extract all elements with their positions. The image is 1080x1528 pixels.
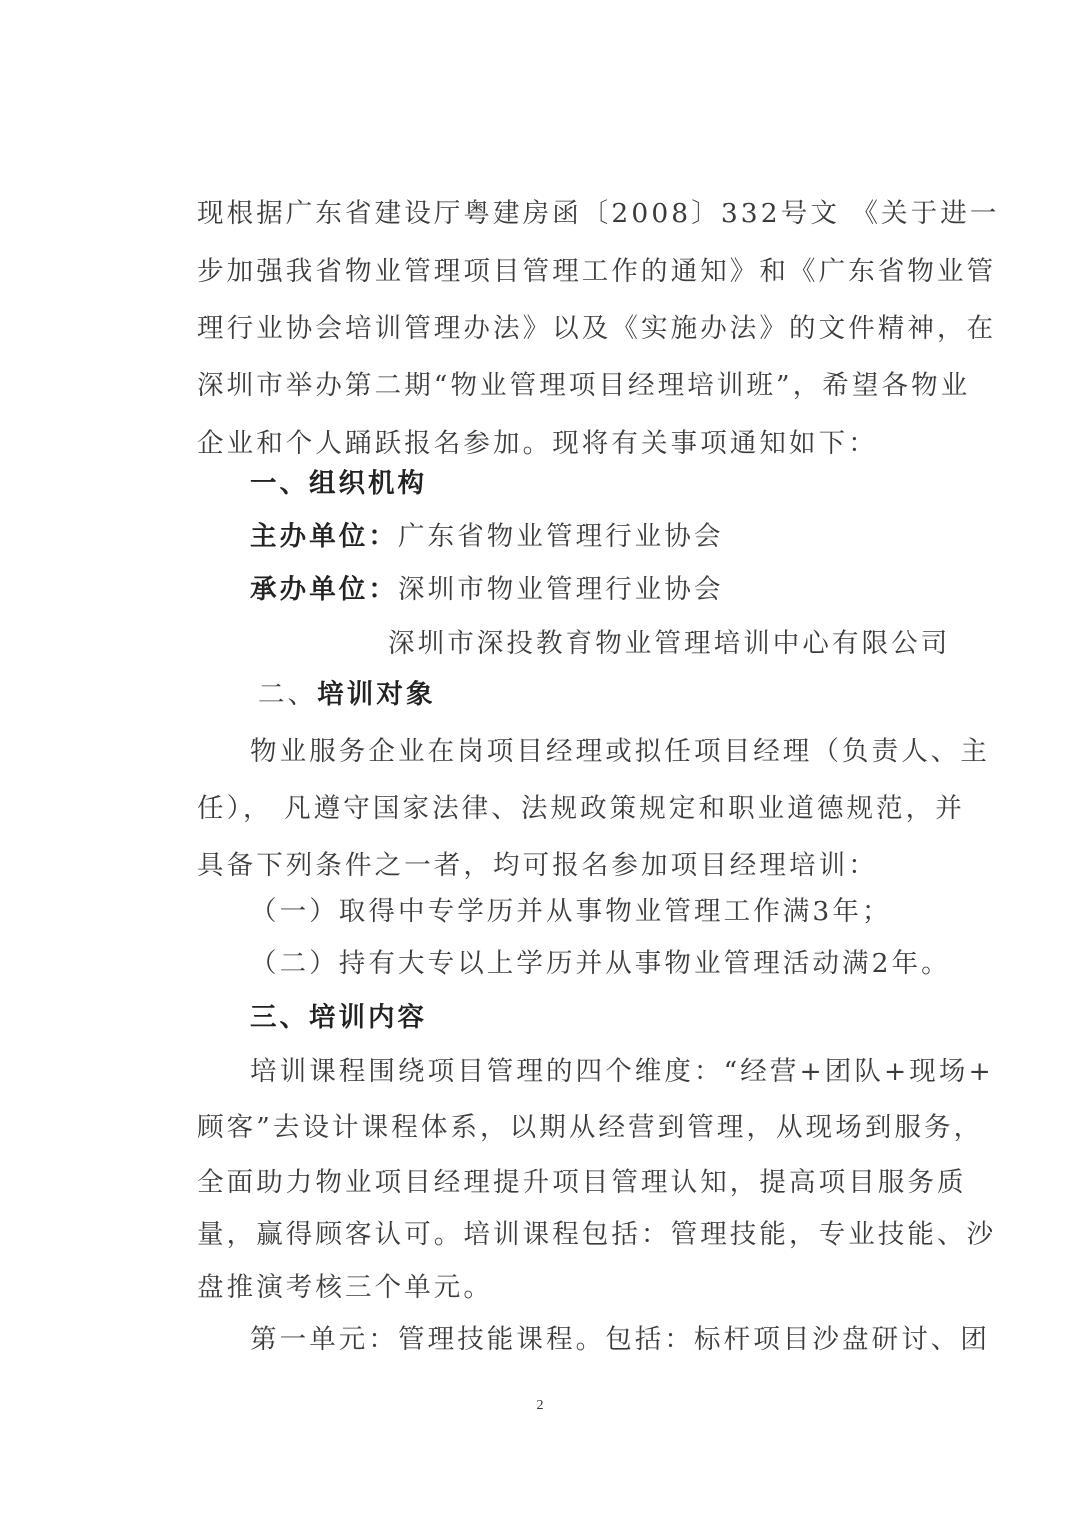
section-2-line-3: 具备下列条件之一者，均可报名参加项目经理培训： [197,848,927,884]
host-row: 主办单位：广东省物业管理行业协会 [250,519,980,555]
section-3-line-3: 全面助力物业项目经理提升项目管理认知，提高项目服务质 [197,1165,927,1201]
organizer-label: 承办单位： [250,574,398,605]
organizer-row: 承办单位：深圳市物业管理行业协会 [250,572,980,608]
section-2-prefix: 二、 [258,679,317,710]
page-number: 2 [0,1398,1080,1414]
section-3-line-1: 培训课程围绕项目管理的四个维度：“经营+团队+现场+ [250,1054,930,1090]
section-2-heading: 二、培训对象 [258,677,988,713]
intro-line-4: 深圳市举办第二期“物业管理项目经理培训班”，希望各物业 [197,368,927,404]
section-3-heading: 三、培训内容 [250,1000,980,1036]
intro-line-5: 企业和个人踊跃报名参加。现将有关事项通知如下： [197,426,927,462]
organizer-value-1: 深圳市物业管理行业协会 [398,574,724,605]
section-2-title: 培训对象 [317,679,435,710]
condition-1: （一）取得中专学历并从事物业管理工作满3年； [250,894,980,930]
host-label: 主办单位： [250,521,398,552]
intro-line-2: 步加强我省物业管理项目管理工作的通知》和《广东省物业管 [197,254,927,290]
organizer-value-2: 深圳市深投教育物业管理培训中心有限公司 [388,626,928,662]
section-3-line-2: 顾客”去设计课程体系，以期从经营到管理，从现场到服务， [197,1110,927,1146]
intro-line-1: 现根据广东省建设厅粤建房函〔2008〕332号文 《关于进一 [197,196,927,232]
section-3-line-4: 量，赢得顾客认可。培训课程包括：管理技能，专业技能、沙 [197,1217,927,1253]
section-3-line-5: 盘推演考核三个单元。 [197,1270,927,1306]
host-value: 广东省物业管理行业协会 [398,521,724,552]
intro-line-3: 理行业协会培训管理办法》以及《实施办法》的文件精神，在 [197,311,927,347]
section-1-heading: 一、组织机构 [250,466,980,502]
section-2-line-2: 任）， 凡遵守国家法律、法规政策规定和职业道德规范，并 [197,791,927,827]
section-2-line-1: 物业服务企业在岗项目经理或拟任项目经理（负责人、主 [250,734,930,770]
section-3-line-6: 第一单元：管理技能课程。包括：标杆项目沙盘研讨、团 [250,1322,930,1358]
condition-2: （二）持有大专以上学历并从事物业管理活动满2年。 [250,946,980,982]
